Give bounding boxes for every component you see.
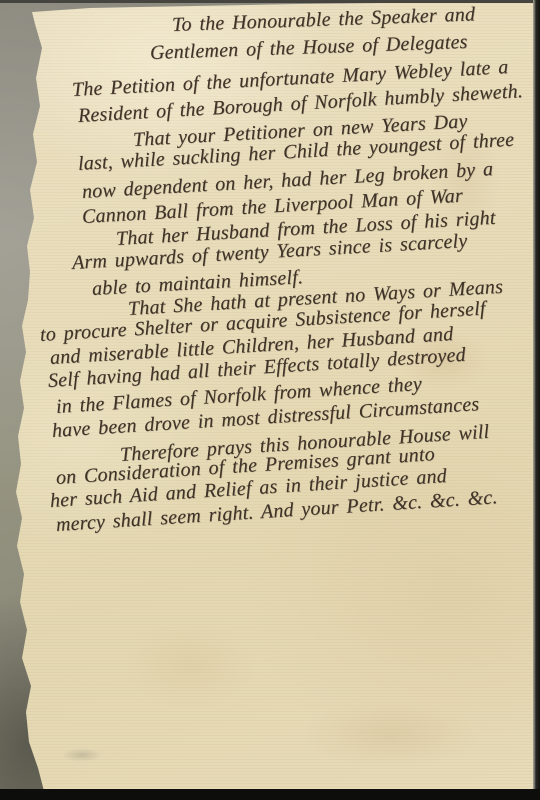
manuscript-line: Gentlemen of the House of Delegates [150, 32, 468, 63]
manuscript-line: To the Honourable the Speaker and [172, 4, 476, 35]
photo-edge-top [0, 0, 540, 3]
photo-edge-right [533, 0, 540, 792]
photo-edge-bottom [0, 789, 540, 800]
manuscript-photograph: To the Honourable the Speaker and Gentle… [0, 0, 540, 800]
manuscript-text: To the Honourable the Speaker and Gentle… [0, 0, 540, 800]
